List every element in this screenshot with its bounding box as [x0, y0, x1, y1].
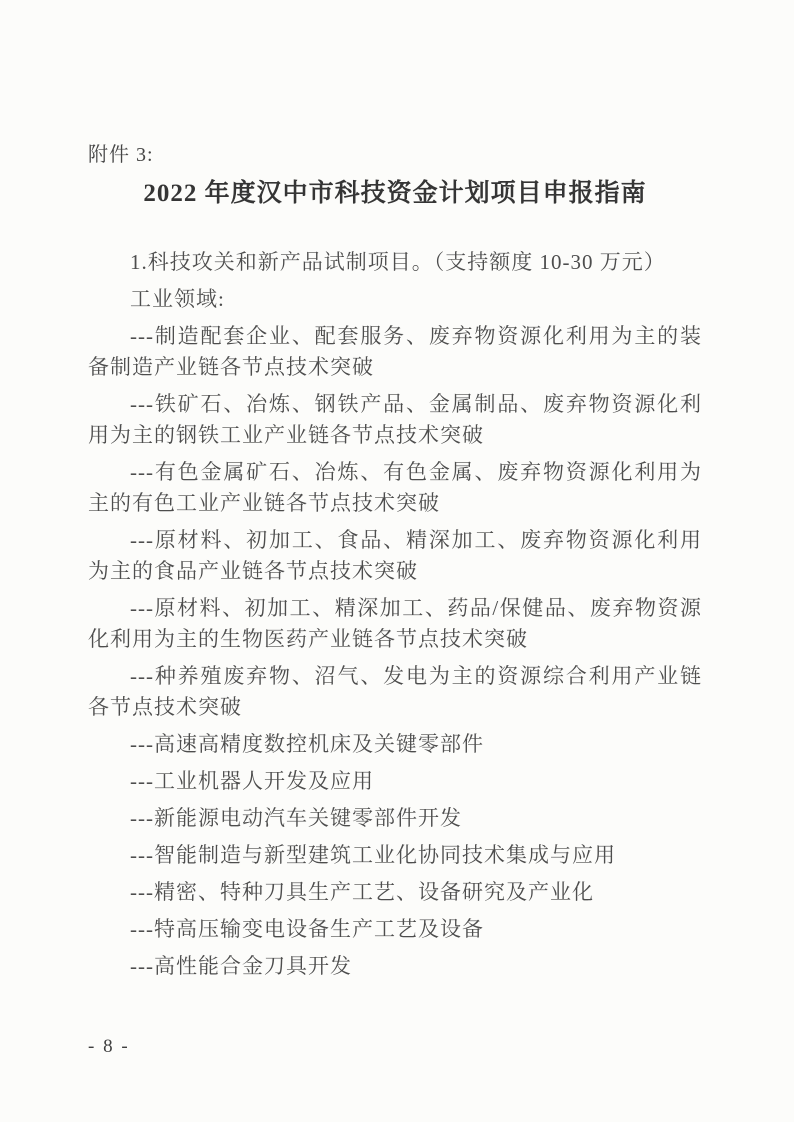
body-paragraph-industrial-robots: ---工业机器人开发及应用	[88, 766, 702, 797]
body-paragraph-cnc-machine-tools: ---高速高精度数控机床及关键零部件	[88, 729, 702, 760]
body-paragraph-support-scope: 1.科技攻关和新产品试制项目。（支持额度 10-30 万元）	[88, 247, 702, 278]
body-paragraph-food-industry: ---原材料、初加工、食品、精深加工、废弃物资源化利用为主的食品产业链各节点技术…	[88, 525, 702, 587]
attachment-label: 附件 3:	[88, 141, 702, 169]
document-title: 2022 年度汉中市科技资金计划项目申报指南	[88, 177, 702, 211]
body-paragraph-precision-tools: ---精密、特种刀具生产工艺、设备研究及产业化	[88, 877, 702, 908]
body-paragraph-steel-industry: ---铁矿石、冶炼、钢铁产品、金属制品、废弃物资源化利用为主的钢铁工业产业链各节…	[88, 389, 702, 451]
body-paragraph-alloy-tools: ---高性能合金刀具开发	[88, 951, 702, 982]
body-paragraph-resource-utilization: ---种养殖废弃物、沼气、发电为主的资源综合利用产业链各节点技术突破	[88, 661, 702, 723]
body-paragraph-intelligent-manufacturing: ---智能制造与新型建筑工业化协同技术集成与应用	[88, 840, 702, 871]
body-paragraph-ev-components: ---新能源电动汽车关键零部件开发	[88, 803, 702, 834]
page-number: - 8 -	[88, 1034, 130, 1060]
document-body: 1.科技攻关和新产品试制项目。（支持额度 10-30 万元） 工业领域: ---…	[88, 247, 702, 982]
body-paragraph-uhv-equipment: ---特高压输变电设备生产工艺及设备	[88, 914, 702, 945]
body-paragraph-biomedicine-industry: ---原材料、初加工、精深加工、药品/保健品、废弃物资源化利用为主的生物医药产业…	[88, 593, 702, 655]
body-paragraph-nonferrous-industry: ---有色金属矿石、冶炼、有色金属、废弃物资源化利用为主的有色工业产业链各节点技…	[88, 457, 702, 519]
document-page: 附件 3: 2022 年度汉中市科技资金计划项目申报指南 1.科技攻关和新产品试…	[0, 0, 794, 1122]
body-paragraph-equipment-manufacturing: ---制造配套企业、配套服务、废弃物资源化利用为主的装备制造产业链各节点技术突破	[88, 321, 702, 383]
body-paragraph-industry-field: 工业领域:	[88, 284, 702, 315]
